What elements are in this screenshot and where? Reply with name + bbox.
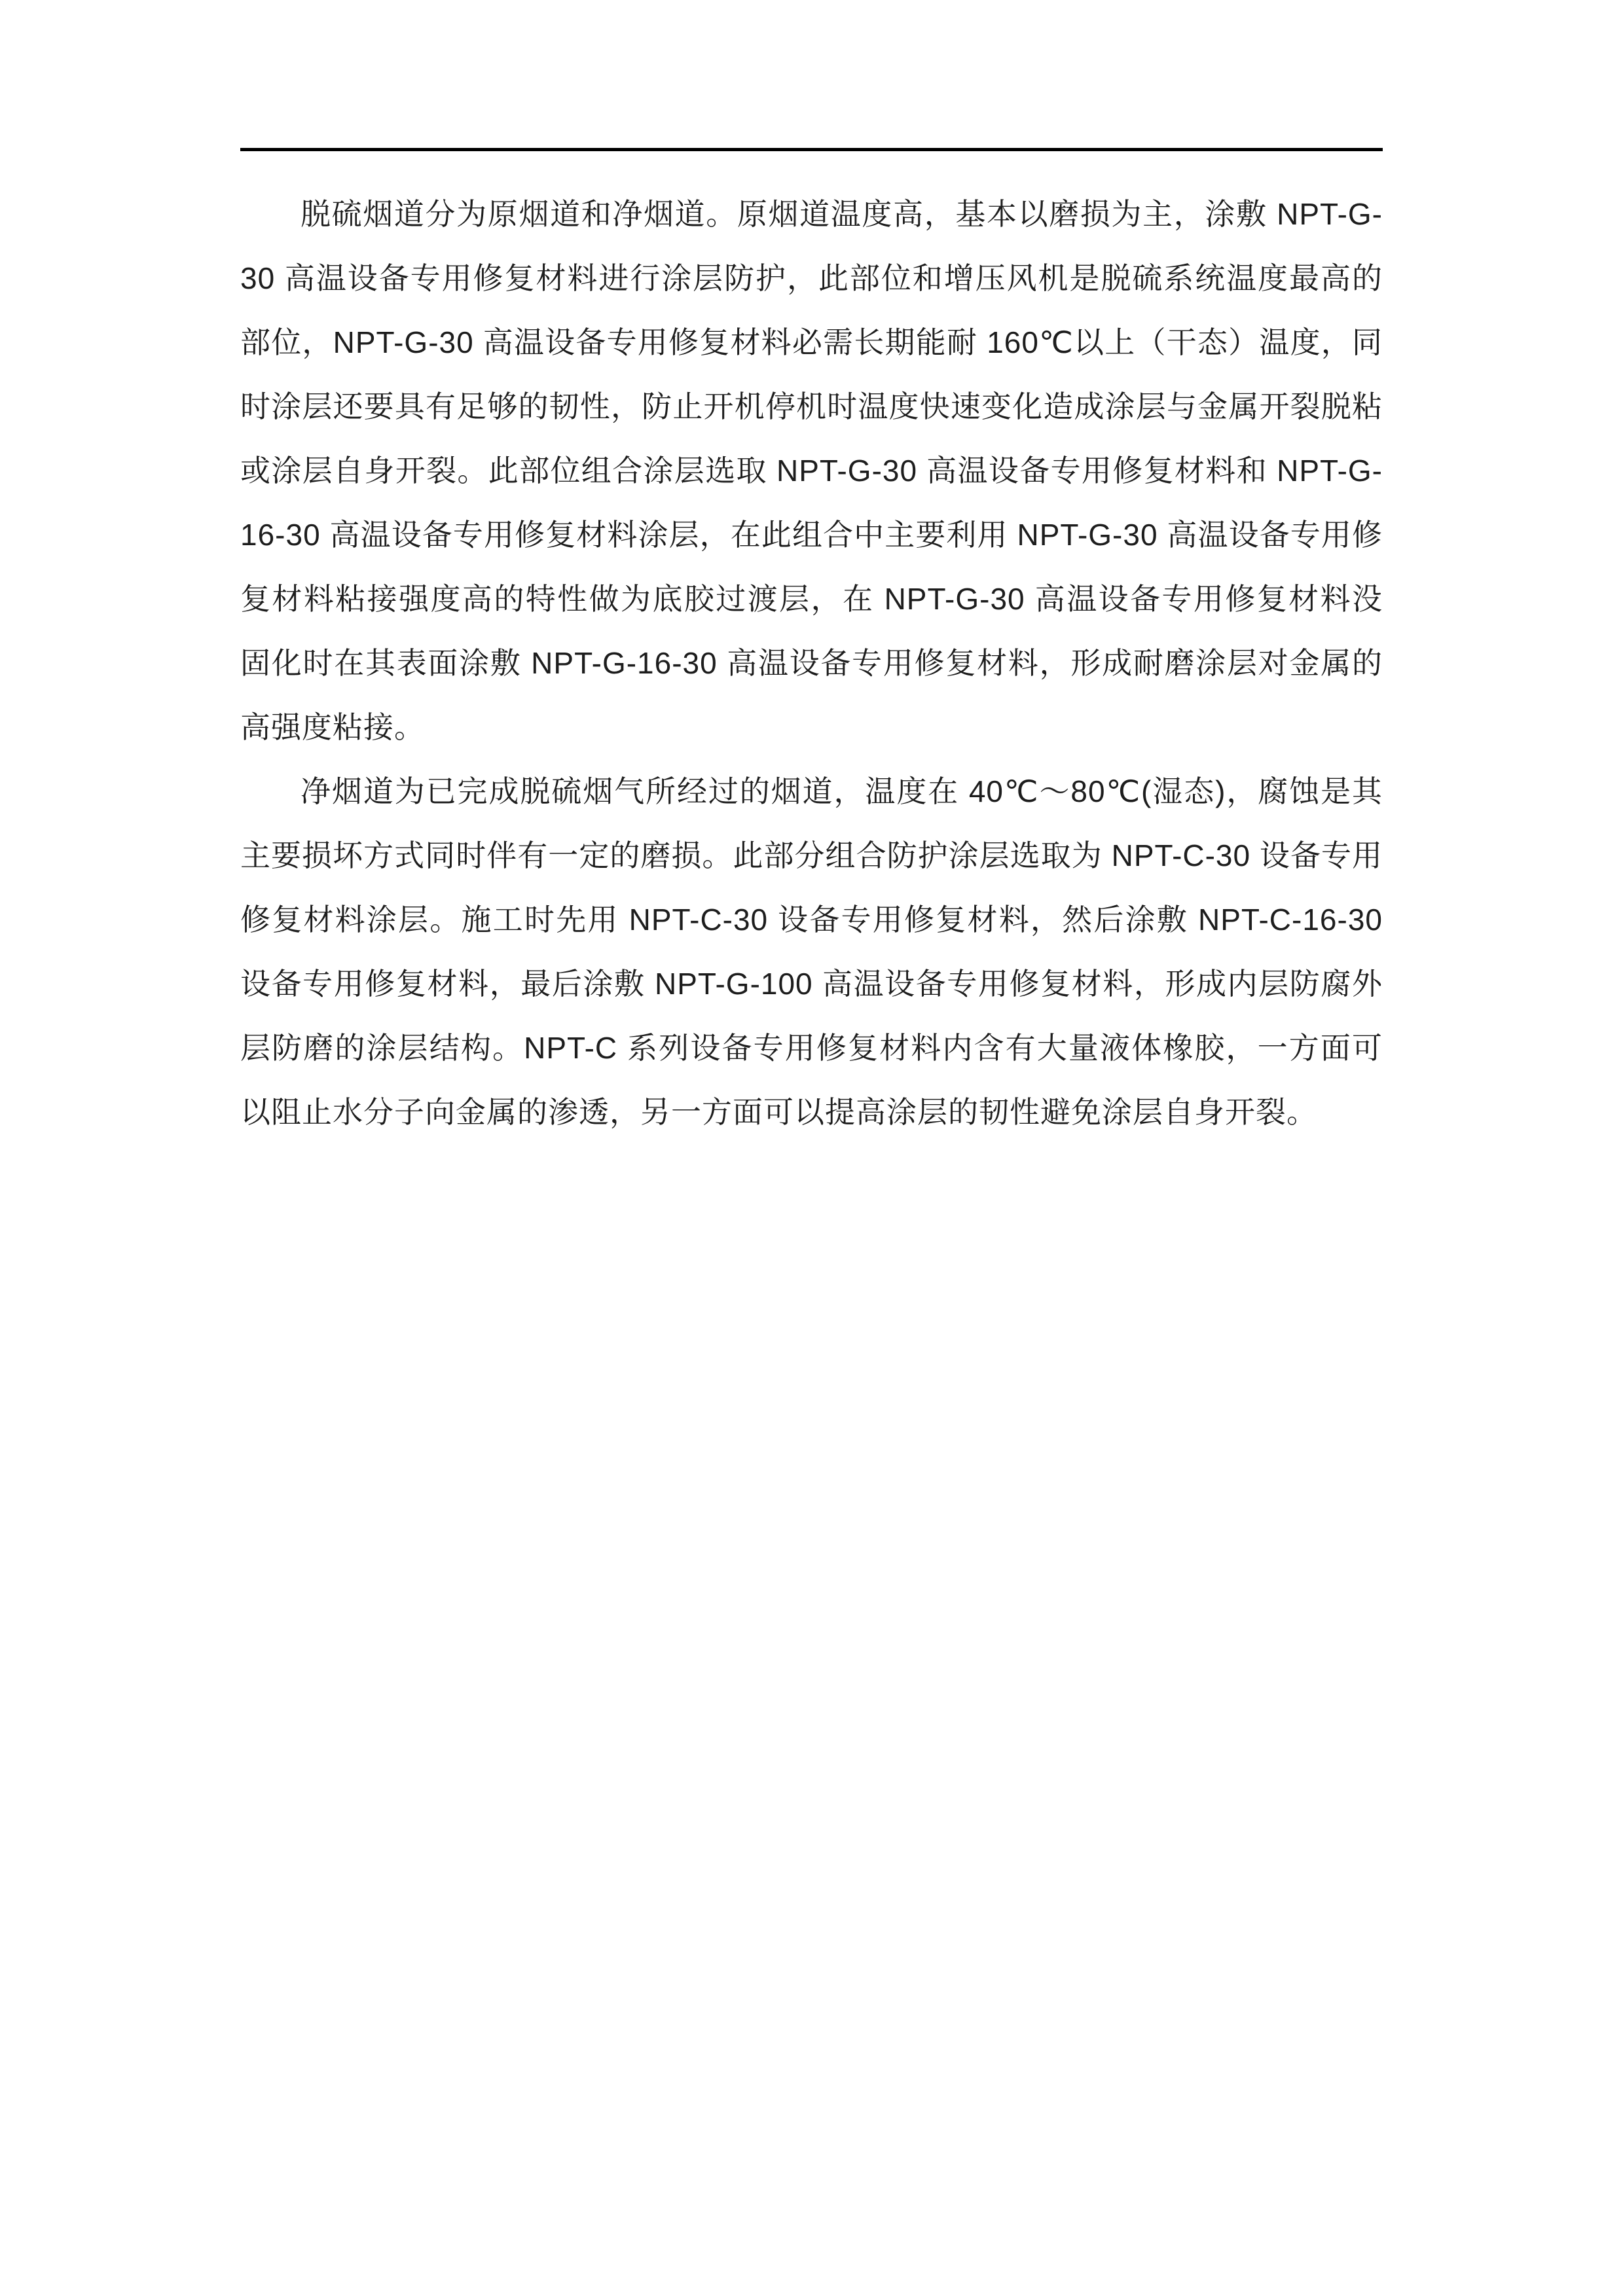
- header-divider-rule: [240, 148, 1383, 151]
- paragraph-clean-flue: 净烟道为已完成脱硫烟气所经过的烟道，温度在 40℃～80℃(湿态)，腐蚀是其主要…: [240, 759, 1383, 1144]
- document-page: 脱硫烟道分为原烟道和净烟道。原烟道温度高，基本以磨损为主，涂敷 NPT-G-30…: [0, 0, 1623, 2296]
- document-body: 脱硫烟道分为原烟道和净烟道。原烟道温度高，基本以磨损为主，涂敷 NPT-G-30…: [240, 182, 1383, 1144]
- paragraph-raw-flue: 脱硫烟道分为原烟道和净烟道。原烟道温度高，基本以磨损为主，涂敷 NPT-G-30…: [240, 182, 1383, 759]
